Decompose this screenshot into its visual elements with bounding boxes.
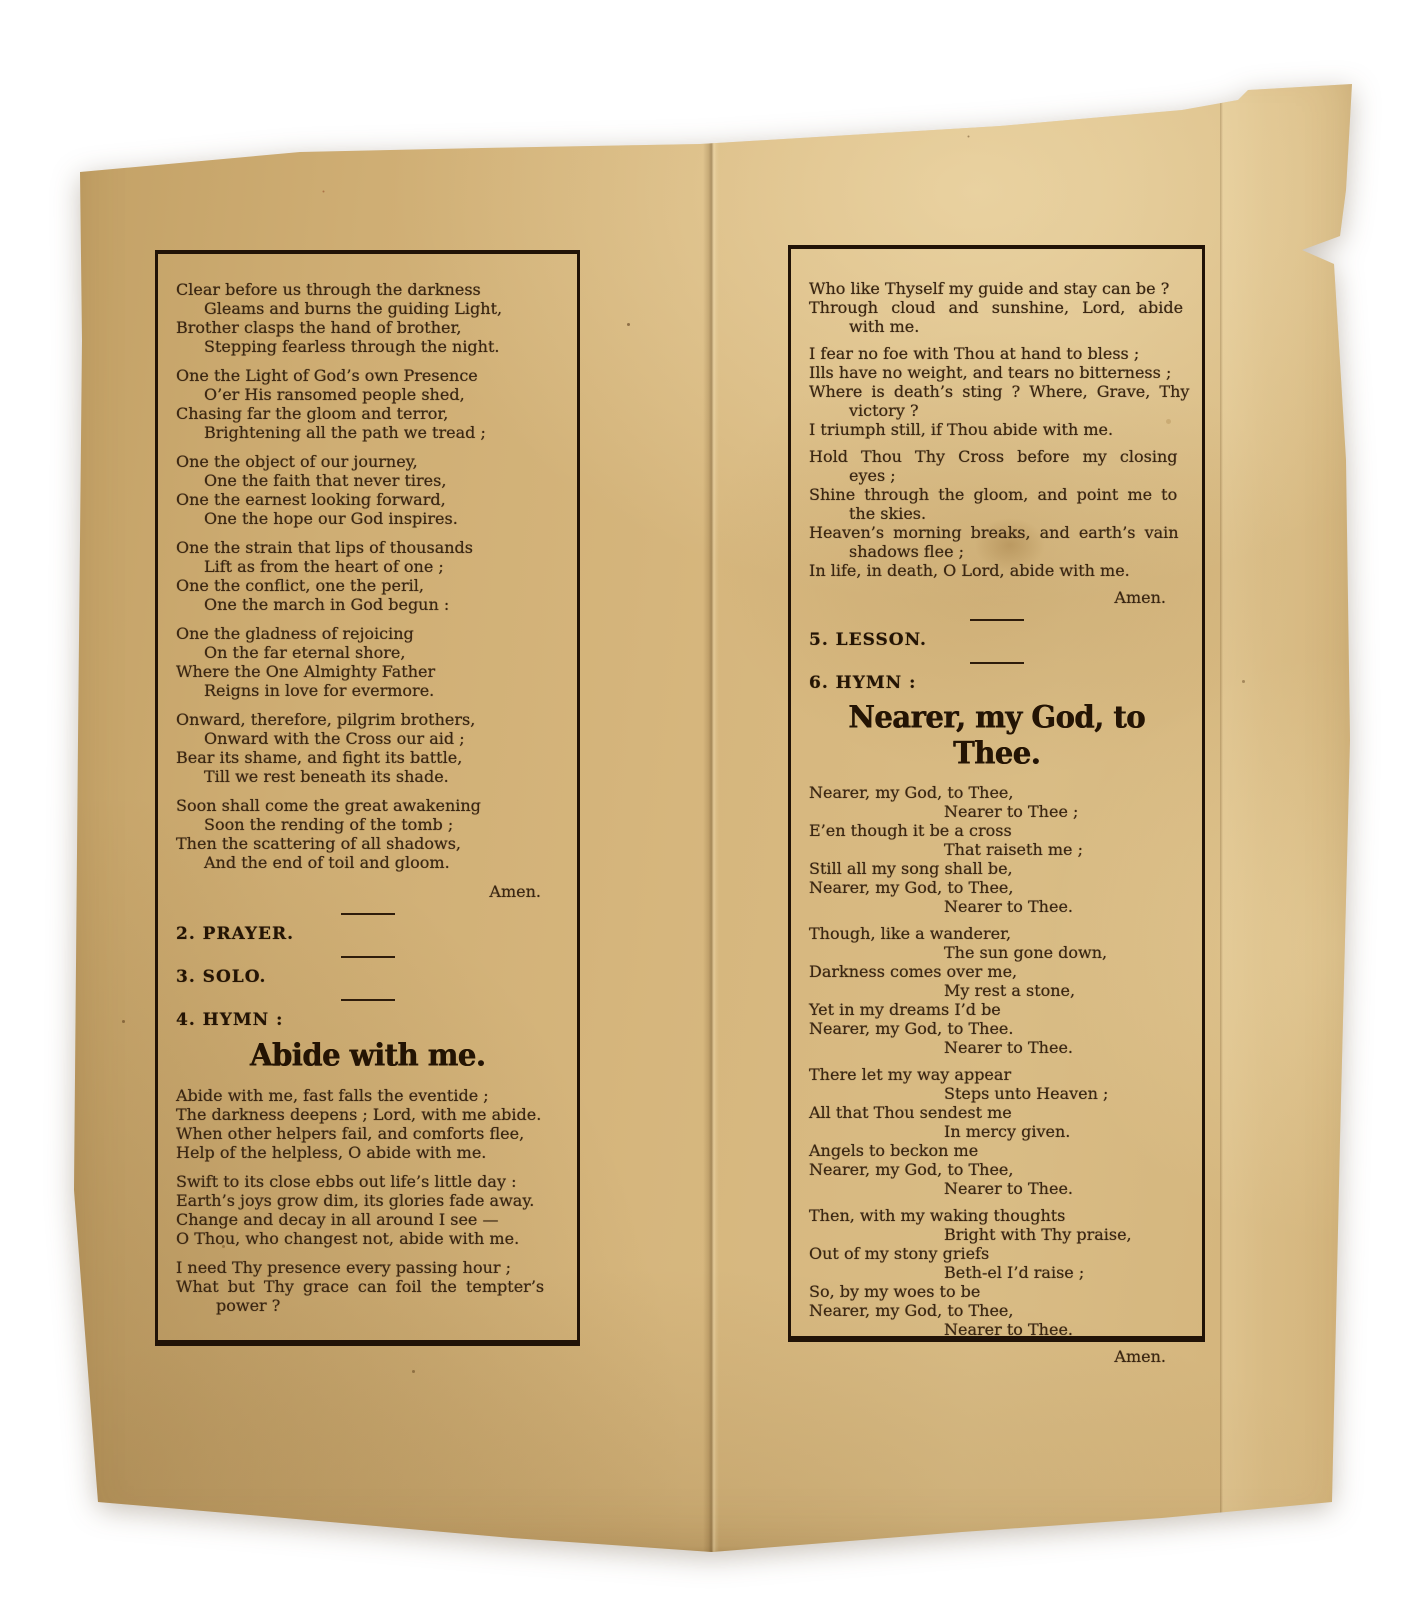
hymn-line: Help of the helpless, O abide with me. — [176, 1143, 559, 1162]
hymn-stanza: Though, like a wanderer,The sun gone dow… — [809, 924, 1184, 1057]
hymn-line: The sun gone down, — [809, 943, 1184, 962]
hymn-line: Bear its shame, and fight its battle, — [176, 748, 559, 767]
hymn-line: Nearer to Thee. — [809, 1038, 1184, 1057]
hymn-line: Though, like a wanderer, — [809, 924, 1184, 943]
hymn-line: Brightening all the path we tread ; — [176, 423, 559, 442]
hymn-line: One the faith that never tires, — [176, 471, 559, 490]
hymn-stanza: One the object of our journey,One the fa… — [176, 452, 559, 528]
hymn-line: O Thou, who changest not, abide with me. — [176, 1229, 559, 1248]
order-item-heading: 4. HYMN : — [176, 1011, 559, 1030]
hymn-line: Heaven’s morning breaks, and earth’s vai… — [809, 523, 1184, 542]
hymn-line: Nearer, my God, to Thee. — [809, 1019, 1184, 1038]
hymn-line: Steps unto Heaven ; — [809, 1084, 1184, 1103]
paper-specks — [62, 40, 65, 43]
order-item-heading: 6. HYMN : — [809, 674, 1184, 693]
hymn-line: Brother clasps the hand of brother, — [176, 318, 559, 337]
section-divider-rule — [970, 662, 1024, 664]
hymn-stanza: Clear before us through the darknessGlea… — [176, 280, 559, 356]
hymn-line: Nearer to Thee. — [809, 1320, 1184, 1339]
left-page-panel: Clear before us through the darknessGlea… — [155, 250, 580, 1346]
order-item-heading: 3. SOLO. — [176, 968, 559, 987]
hymn-line: On the far eternal shore, — [176, 643, 559, 662]
hymn-line: Onward, therefore, pilgrim brothers, — [176, 710, 559, 729]
hymn-line: Angels to beckon me — [809, 1141, 1184, 1160]
hymn-stanza: Abide with me, fast falls the eventide ;… — [176, 1086, 559, 1162]
hymn-line: Reigns in love for evermore. — [176, 681, 559, 700]
hymn-line: When other helpers fail, and comforts fl… — [176, 1124, 559, 1143]
section-divider-rule — [341, 999, 395, 1001]
paper-sheet: Clear before us through the darknessGlea… — [62, 40, 1368, 1552]
hymn-line: with me. — [809, 317, 1184, 336]
amen-text: Amen. — [809, 588, 1184, 607]
section-divider-rule — [341, 913, 395, 915]
hymn-line: Swift to its close ebbs out life’s littl… — [176, 1172, 559, 1191]
hymn-line: Still all my song shall be, — [809, 859, 1184, 878]
hymn-line: shadows flee ; — [809, 542, 1184, 561]
hymn-line: I need Thy presence every passing hour ; — [176, 1258, 559, 1277]
hymn-line: Nearer to Thee. — [809, 1179, 1184, 1198]
hymn-line: Nearer, my God, to Thee, — [809, 1160, 1184, 1179]
hymn-line: Onward with the Cross our aid ; — [176, 729, 559, 748]
hymn-line: Till we rest beneath its shade. — [176, 767, 559, 786]
hymn-line: eyes ; — [809, 466, 1184, 485]
hymn-line: O’er His ransomed people shed, — [176, 385, 559, 404]
hymn-line: Lift as from the heart of one ; — [176, 557, 559, 576]
hymn-line: the skies. — [809, 504, 1184, 523]
hymn-line: One the strain that lips of thousands — [176, 538, 559, 557]
hymn-stanza: Hold Thou Thy Cross before my closingeye… — [809, 447, 1184, 580]
hymn-stanza: I fear no foe with Thou at hand to bless… — [809, 344, 1184, 439]
hymn-stanza: I need Thy presence every passing hour ;… — [176, 1258, 559, 1315]
amen-text: Amen. — [176, 882, 559, 901]
hymn-stanza: Who like Thyself my guide and stay can b… — [809, 279, 1184, 336]
right-page-panel: Who like Thyself my guide and stay can b… — [788, 245, 1205, 1342]
hymn-line: Where the One Almighty Father — [176, 662, 559, 681]
hymn-line: One the march in God begun : — [176, 595, 559, 614]
scanned-hymn-program: Clear before us through the darknessGlea… — [0, 0, 1411, 1600]
hymn-line: Beth-el I’d raise ; — [809, 1263, 1184, 1282]
hymn-line: Yet in my dreams I’d be — [809, 1000, 1184, 1019]
hymn-stanza: There let my way appearSteps unto Heaven… — [809, 1065, 1184, 1198]
hymn-line: In mercy given. — [809, 1122, 1184, 1141]
hymn-line: Shine through the gloom, and point me to — [809, 485, 1184, 504]
hymn-line: Nearer, my God, to Thee, — [809, 878, 1184, 897]
center-fold-crease — [703, 40, 719, 1552]
hymn-title-blackletter: Nearer, my God, to Thee. — [809, 699, 1184, 770]
hymn-line: victory ? — [809, 401, 1184, 420]
hymn-line: Stepping fearless through the night. — [176, 337, 559, 356]
hymn-line: Nearer, my God, to Thee, — [809, 783, 1184, 802]
hymn-title-blackletter: Abide with me. — [176, 1037, 559, 1073]
hymn-line: power ? — [176, 1296, 559, 1315]
hymn-stanza: Swift to its close ebbs out life’s littl… — [176, 1172, 559, 1248]
hymn-line: Where is death’s sting ? Where, Grave, T… — [809, 382, 1184, 401]
hymn-stanza: Onward, therefore, pilgrim brothers,Onwa… — [176, 710, 559, 786]
hymn-line: Ills have no weight, and tears no bitter… — [809, 363, 1184, 382]
hymn-line: That raiseth me ; — [809, 840, 1184, 859]
hymn-line: Nearer, my God, to Thee, — [809, 1301, 1184, 1320]
order-item-heading: 2. PRAYER. — [176, 925, 559, 944]
hymn-line: What but Thy grace can foil the tempter’… — [176, 1277, 559, 1296]
hymn-line: Chasing far the gloom and terror, — [176, 404, 559, 423]
hymn-stanza: One the Light of God’s own PresenceO’er … — [176, 366, 559, 442]
hymn-line: Darkness comes over me, — [809, 962, 1184, 981]
hymn-line: Clear before us through the darkness — [176, 280, 559, 299]
hymn-line: Who like Thyself my guide and stay can b… — [809, 279, 1184, 298]
hymn-line: Bright with Thy praise, — [809, 1225, 1184, 1244]
hymn-line: Abide with me, fast falls the eventide ; — [176, 1086, 559, 1105]
section-divider-rule — [970, 619, 1024, 621]
hymn-line: The darkness deepens ; Lord, with me abi… — [176, 1105, 559, 1124]
hymn-stanza: Then, with my waking thoughtsBright with… — [809, 1206, 1184, 1339]
hymn-line: One the object of our journey, — [176, 452, 559, 471]
hymn-line: I fear no foe with Thou at hand to bless… — [809, 344, 1184, 363]
hymn-line: Nearer to Thee. — [809, 897, 1184, 916]
hymn-stanza: Soon shall come the great awakeningSoon … — [176, 796, 559, 872]
hymn-line: One the hope our God inspires. — [176, 509, 559, 528]
hymn-line: Change and decay in all around I see — — [176, 1210, 559, 1229]
hymn-line: Soon the rending of the tomb ; — [176, 815, 559, 834]
hymn-stanza: Nearer, my God, to Thee,Nearer to Thee ;… — [809, 783, 1184, 916]
hymn-line: My rest a stone, — [809, 981, 1184, 1000]
hymn-line: In life, in death, O Lord, abide with me… — [809, 561, 1184, 580]
hymn-stanza: One the gladness of rejoicingOn the far … — [176, 624, 559, 700]
hymn-line: One the earnest looking forward, — [176, 490, 559, 509]
hymn-line: One the gladness of rejoicing — [176, 624, 559, 643]
order-item-heading: 5. LESSON. — [809, 631, 1184, 650]
section-divider-rule — [341, 956, 395, 958]
hymn-line: Hold Thou Thy Cross before my closing — [809, 447, 1184, 466]
hymn-line: So, by my woes to be — [809, 1282, 1184, 1301]
paper-shadow-wrap: Clear before us through the darknessGlea… — [62, 40, 1368, 1552]
hymn-line: One the Light of God’s own Presence — [176, 366, 559, 385]
hymn-line: There let my way appear — [809, 1065, 1184, 1084]
hymn-line: Earth’s joys grow dim, its glories fade … — [176, 1191, 559, 1210]
hymn-line: Then, with my waking thoughts — [809, 1206, 1184, 1225]
hymn-stanza: One the strain that lips of thousandsLif… — [176, 538, 559, 614]
hymn-line: Through cloud and sunshine, Lord, abide — [809, 298, 1184, 317]
hymn-line: Gleams and burns the guiding Light, — [176, 299, 559, 318]
hymn-line: One the conflict, one the peril, — [176, 576, 559, 595]
hymn-line: Nearer to Thee ; — [809, 802, 1184, 821]
hymn-line: Soon shall come the great awakening — [176, 796, 559, 815]
amen-text: Amen. — [809, 1347, 1184, 1366]
hymn-line: Out of my stony griefs — [809, 1244, 1184, 1263]
right-edge-crease — [1220, 40, 1368, 1552]
hymn-line: I triumph still, if Thou abide with me. — [809, 420, 1184, 439]
hymn-line: E’en though it be a cross — [809, 821, 1184, 840]
hymn-line: Then the scattering of all shadows, — [176, 834, 559, 853]
hymn-line: All that Thou sendest me — [809, 1103, 1184, 1122]
hymn-line: And the end of toil and gloom. — [176, 853, 559, 872]
